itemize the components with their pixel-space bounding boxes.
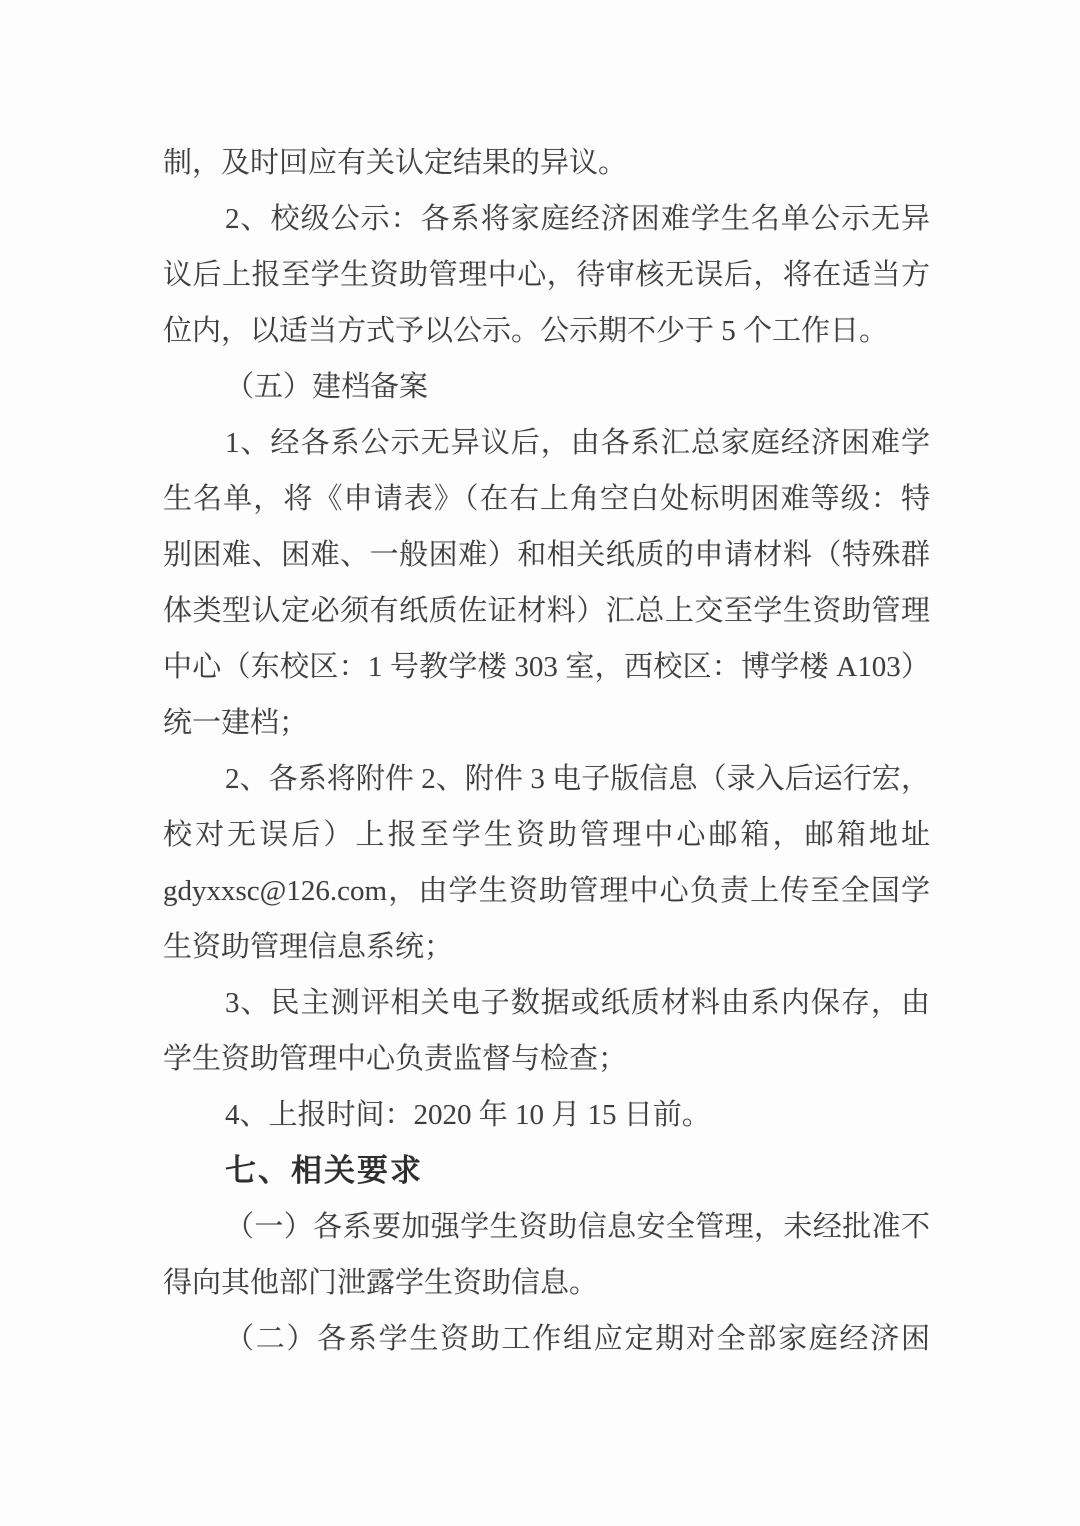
text-line: 制，及时回应有关认定结果的异议。: [163, 135, 930, 191]
text-line: 得向其他部门泄露学生资助信息。: [163, 1255, 930, 1311]
text-line: 2、各系将附件 2、附件 3 电子版信息（录入后运行宏，: [163, 751, 930, 807]
text-line: 体类型认定必须有纸质佐证材料）汇总上交至学生资助管理: [163, 583, 930, 639]
text-line: 生资助管理信息系统；: [163, 919, 930, 975]
text-line: 学生资助管理中心负责监督与检查；: [163, 1031, 930, 1087]
text-line: （五）建档备案: [163, 359, 930, 415]
text-line: （二）各系学生资助工作组应定期对全部家庭经济困: [163, 1311, 930, 1367]
text-line: 中心（东校区：1 号教学楼 303 室，西校区：博学楼 A103）: [163, 639, 930, 695]
text-line: 4、上报时间：2020 年 10 月 15 日前。: [163, 1087, 930, 1143]
text-line: gdyxxsc@126.com，由学生资助管理中心负责上传至全国学: [163, 863, 930, 919]
text-line: 位内，以适当方式予以公示。公示期不少于 5 个工作日。: [163, 303, 930, 359]
text-line: 统一建档；: [163, 695, 930, 751]
text-line: 校对无误后）上报至学生资助管理中心邮箱，邮箱地址: [163, 807, 930, 863]
text-line: 议后上报至学生资助管理中心，待审核无误后，将在适当方: [163, 247, 930, 303]
text-line: 3、民主测评相关电子数据或纸质材料由系内保存，由: [163, 975, 930, 1031]
text-line: 别困难、困难、一般困难）和相关纸质的申请材料（特殊群: [163, 527, 930, 583]
text-line: 1、经各系公示无异议后，由各系汇总家庭经济困难学: [163, 415, 930, 471]
text-line: 生名单，将《申请表》（在右上角空白处标明困难等级：特: [163, 471, 930, 527]
section-heading: 七、相关要求: [163, 1143, 930, 1199]
text-line: （一）各系要加强学生资助信息安全管理，未经批准不: [163, 1199, 930, 1255]
document-text-block: 制，及时回应有关认定结果的异议。2、校级公示：各系将家庭经济困难学生名单公示无异…: [163, 135, 930, 1367]
text-line: 2、校级公示：各系将家庭经济困难学生名单公示无异: [163, 191, 930, 247]
document-page: 制，及时回应有关认定结果的异议。2、校级公示：各系将家庭经济困难学生名单公示无异…: [0, 0, 1080, 1526]
